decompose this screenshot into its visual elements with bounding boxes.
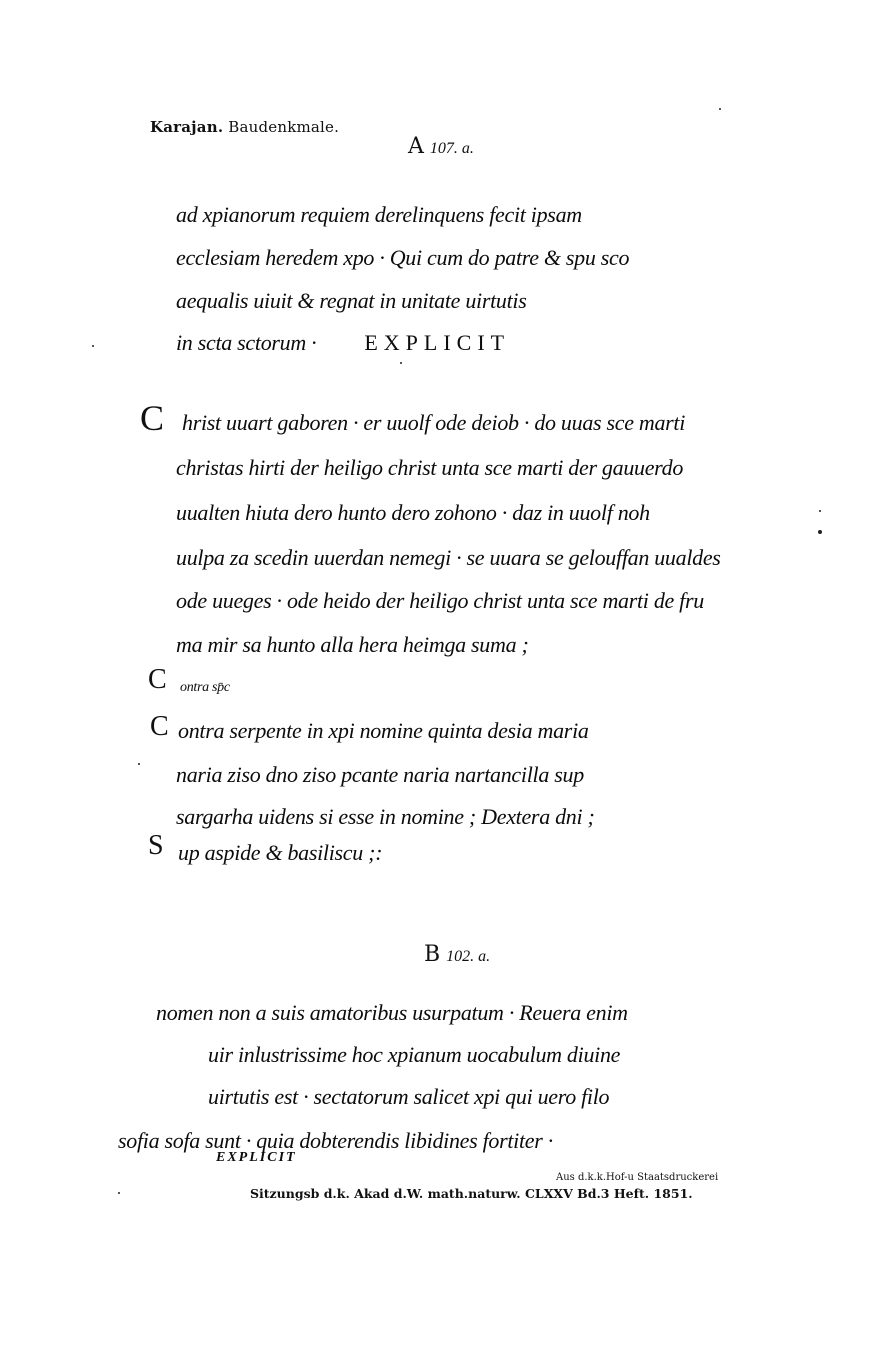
scan-speck (819, 510, 821, 512)
manuscript-line: uulpa za scedin uuerdan nemegi · se uuar… (176, 545, 721, 571)
overlay-explicit: EXPLICIT (216, 1150, 297, 1166)
manuscript-line: ode uueges · ode heido der heiligo chris… (176, 588, 704, 614)
manuscript-line: ma mir sa hunto alla hera heimga suma ; (176, 632, 529, 658)
header-title: Baudenkmale. (228, 118, 339, 136)
plate-letter: A (408, 134, 424, 159)
plate-label-a: A107. a. (408, 134, 474, 159)
manuscript-text: in scta sctorum · (176, 330, 316, 355)
manuscript-line: aequalis uiuit & regnat in unitate uirtu… (176, 288, 527, 314)
manuscript-line: ontra serpente in xpi nomine quinta desi… (178, 718, 589, 744)
manuscript-line: uirtutis est · sectatorum salicet xpi qu… (208, 1084, 609, 1110)
plate-number: 107. a. (430, 140, 474, 157)
scan-speck (92, 345, 94, 347)
explicit-rubric: EXPLICIT (364, 330, 510, 355)
scan-speck (400, 362, 402, 364)
manuscript-line: sargarha uidens si esse in nomine ; Dext… (176, 804, 595, 830)
plate-label-b: B102. a. (424, 942, 490, 967)
manuscript-line: christas hirti der heiligo christ unta s… (176, 455, 683, 481)
initial-letter: C (150, 713, 169, 741)
document-page: Karajan. Baudenkmale. A107. a. ad xpiano… (0, 0, 888, 1360)
initial-letter: S (148, 832, 164, 860)
manuscript-line: uualten hiuta dero hunto dero zohono · d… (176, 500, 650, 526)
manuscript-line: in scta sctorum ·EXPLICIT (176, 330, 510, 356)
manuscript-line: ecclesiam heredem xpo · Qui cum do patre… (176, 245, 629, 271)
publication-citation: Sitzungsb d.k. Akad d.W. math.naturw. CL… (250, 1186, 693, 1201)
initial-letter: C (148, 666, 167, 694)
plate-letter: B (424, 942, 440, 967)
manuscript-line: hrist uuart gaboren · er uuolf ode deiob… (182, 410, 685, 436)
running-header: Karajan. Baudenkmale. (150, 118, 339, 136)
manuscript-line: up aspide & basiliscu ;: (178, 840, 382, 866)
manuscript-line: ad xpianorum requiem derelinquens fecit … (176, 202, 582, 228)
manuscript-line: ontra sp̄c (180, 680, 230, 696)
scan-speck (138, 763, 140, 765)
plate-number: 102. a. (446, 948, 490, 965)
initial-letter: C (140, 400, 164, 436)
manuscript-line: uir inlustrissime hoc xpianum uocabulum … (208, 1042, 620, 1068)
scan-speck (818, 530, 822, 534)
scan-speck (118, 1192, 120, 1194)
manuscript-line: sofia sofa sunt · quia dobterendis libid… (118, 1128, 553, 1154)
scan-speck (719, 108, 721, 110)
header-author: Karajan. (150, 118, 223, 136)
manuscript-line: nomen non a suis amatoribus usurpatum · … (156, 1000, 628, 1026)
manuscript-line: naria ziso dno ziso pcante naria nartanc… (176, 762, 584, 788)
printer-credit: Aus d.k.k.Hof-u Staatsdruckerei (556, 1172, 718, 1183)
